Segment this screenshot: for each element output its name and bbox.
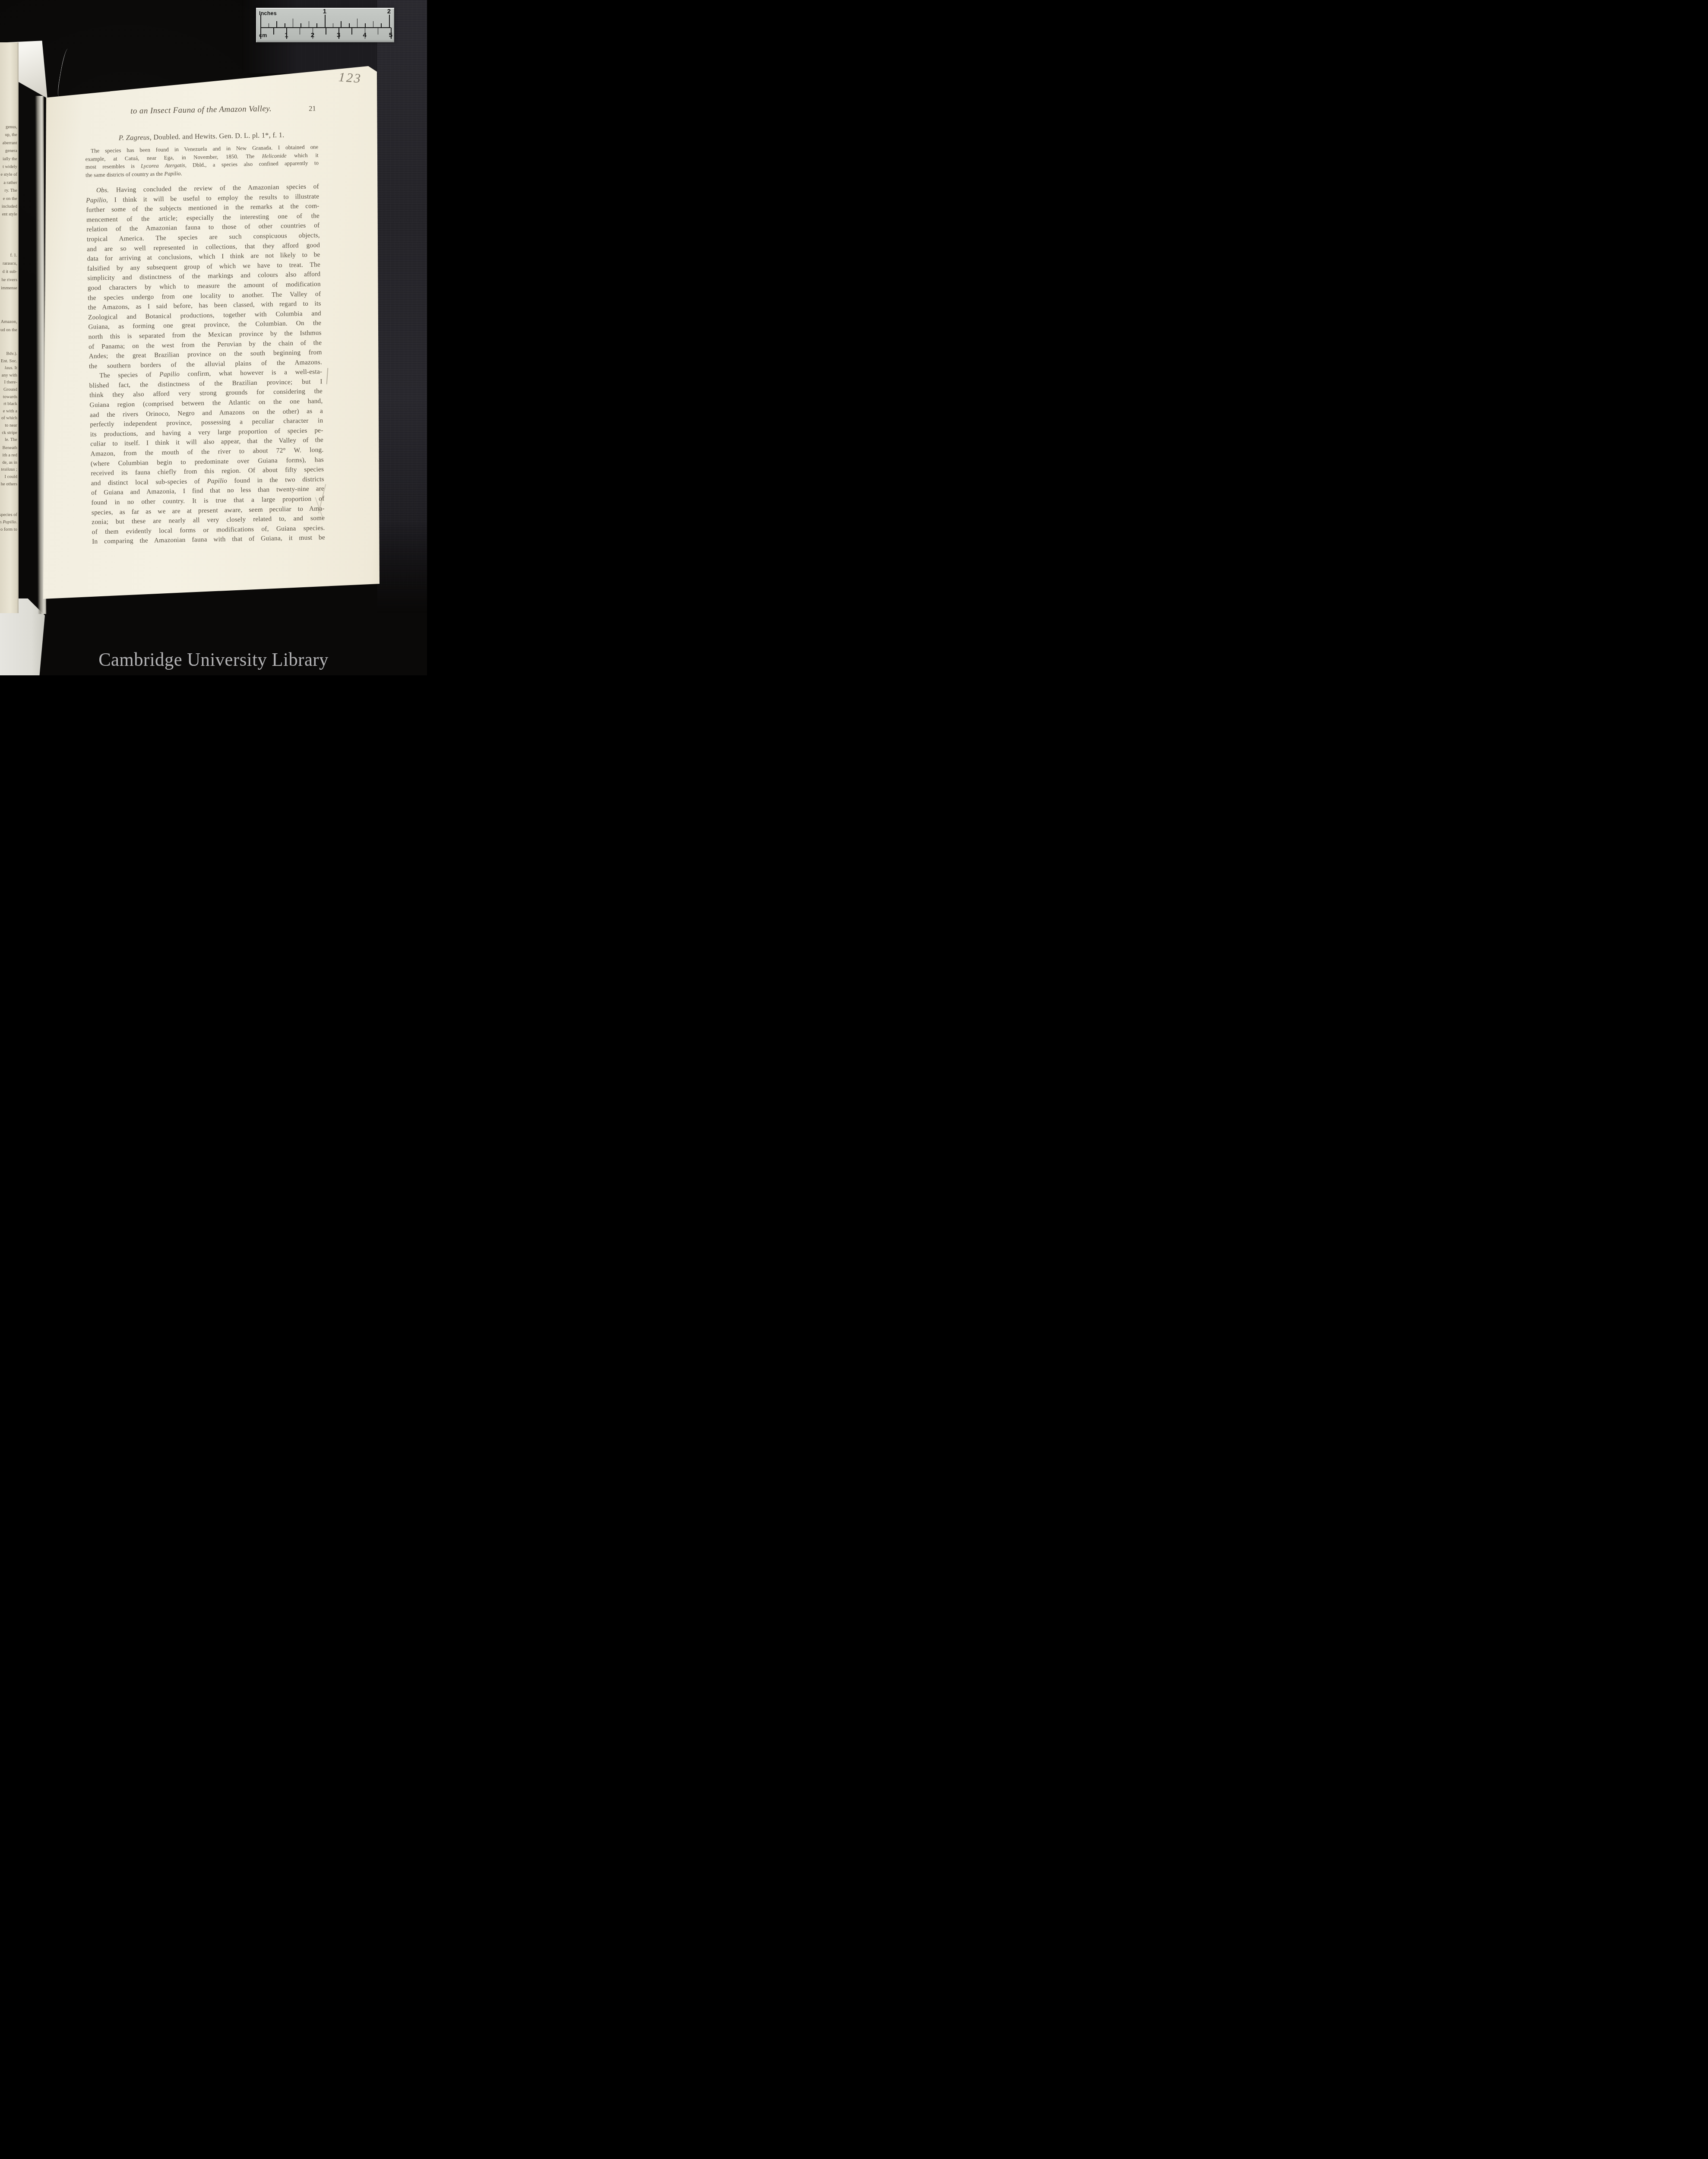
text-line: de, as in [1, 459, 17, 467]
text-line: species of [0, 511, 17, 519]
text-line: n Papilio. [0, 519, 17, 526]
ruler-tick [373, 21, 374, 28]
text-line: tesilaus ; [1, 466, 17, 474]
woven-fabric-right-band [377, 0, 427, 613]
text-line: aberrant [1, 139, 18, 147]
ruler-tick [273, 28, 274, 35]
ruler-tick [260, 27, 391, 28]
text-line: towards [1, 394, 17, 401]
ruler-cm-number: 2 [311, 32, 314, 39]
library-watermark: Cambridge University Library [6, 649, 421, 671]
text-line: e with a [1, 408, 17, 415]
facing-page-text-fragments: f. 1.raraucu,d it sub-he riversimmense [1, 251, 17, 292]
ruler-tick [325, 15, 326, 28]
scanned-book-photo: genus,up, theaberrantgeneraially thet wi… [0, 0, 427, 675]
ruler-inches-label: Inches [259, 10, 277, 16]
facing-page-text-fragments: Bdv.).Ent. Soc.laus. Itany withI there-G… [1, 351, 17, 444]
facing-page-text-fragments: Beneathith a redde, as intesilaus ;I cou… [1, 445, 17, 488]
text-line: ck stripe [1, 430, 17, 437]
ruler-tick [357, 19, 358, 28]
text-line: genera [1, 147, 18, 155]
text-line: ud on the [0, 326, 17, 334]
species-heading: P. Zagreus, Doubled. and Hewits. Gen. D.… [85, 130, 318, 142]
ruler-tick [260, 28, 261, 39]
facing-page-text-fragments: species ofn Papilio.o form to [0, 511, 17, 533]
text-line: I there- [1, 379, 17, 386]
ruler-tick [351, 28, 352, 35]
text-line: t widely [1, 163, 18, 171]
text-line: he rivers [1, 276, 17, 284]
text-line: e style of [1, 171, 18, 179]
text-line: a rather [1, 179, 18, 187]
ruler-tick [293, 19, 294, 28]
page-number: 21 [309, 104, 316, 113]
ruler-cm-number: 3 [337, 32, 340, 39]
running-header: to an Insect Fauna of the Amazon Valley. [85, 103, 318, 117]
text-line: rt black [1, 401, 17, 408]
text-line: he others [1, 481, 17, 488]
text-line: up, the [1, 131, 18, 139]
ruler-tick [326, 28, 326, 35]
ruler-tick [300, 28, 300, 35]
text-line: le. The [1, 437, 17, 444]
ruler-inch-number: 1 [323, 8, 326, 15]
ruler-tick [389, 15, 390, 28]
text-line: genus, [1, 123, 18, 131]
text-line: Ground [1, 386, 17, 394]
body-text: Obs. Having concluded the review of the … [86, 182, 326, 547]
page-content: to an Insect Fauna of the Amazon Valley.… [84, 101, 326, 580]
facing-page-text-fragments: genus,up, theaberrantgeneraially thet wi… [1, 123, 18, 219]
text-line: o form to [0, 526, 17, 533]
ruler-tick [309, 21, 310, 28]
intro-paragraph: The species has been found in Venezuela … [85, 143, 319, 179]
text-line: ry. The [1, 187, 18, 195]
book-page: to an Insect Fauna of the Amazon Valley.… [41, 60, 382, 602]
text-line: immense [1, 284, 17, 292]
ruler-tick [260, 15, 261, 28]
text-line: any with [1, 372, 17, 380]
text-line: included [1, 203, 18, 211]
text-line: e on the [1, 195, 18, 203]
handwritten-pencil-number: 123 [338, 70, 362, 86]
facing-page-text-fragments: Amazon,ud on the [0, 318, 17, 334]
ruler-inch-number: 2 [387, 8, 391, 15]
text-line: Bdv.). [1, 351, 17, 358]
ruler-tick [378, 28, 379, 35]
text-line: Amazon, [0, 318, 17, 326]
ruler-tick [276, 21, 277, 28]
text-line: ent style [1, 211, 18, 218]
ruler-cm-number: 5 [389, 32, 392, 39]
scale-ruler: Inches cm 1212345 [256, 8, 394, 42]
text-line: d it sub- [1, 268, 17, 276]
running-header-row: to an Insect Fauna of the Amazon Valley.… [85, 103, 318, 118]
text-line: laus. It [1, 365, 17, 372]
text-line: Beneath [1, 445, 17, 452]
text-line: ially the [1, 155, 18, 163]
text-line: of which [1, 415, 17, 422]
text-line: Ent. Soc. [1, 358, 17, 365]
text-line: ith a red [1, 452, 17, 459]
ruler-cm-number: 1 [285, 32, 288, 39]
ruler-cm-number: 4 [363, 32, 366, 39]
text-line: to near [1, 422, 17, 430]
facing-page-sliver: genus,up, theaberrantgeneraially thet wi… [0, 42, 19, 613]
ruler-tick [341, 21, 342, 28]
text-line: f. 1. [1, 251, 17, 260]
text-line: raraucu, [1, 260, 17, 268]
text-line: I could [1, 474, 17, 481]
